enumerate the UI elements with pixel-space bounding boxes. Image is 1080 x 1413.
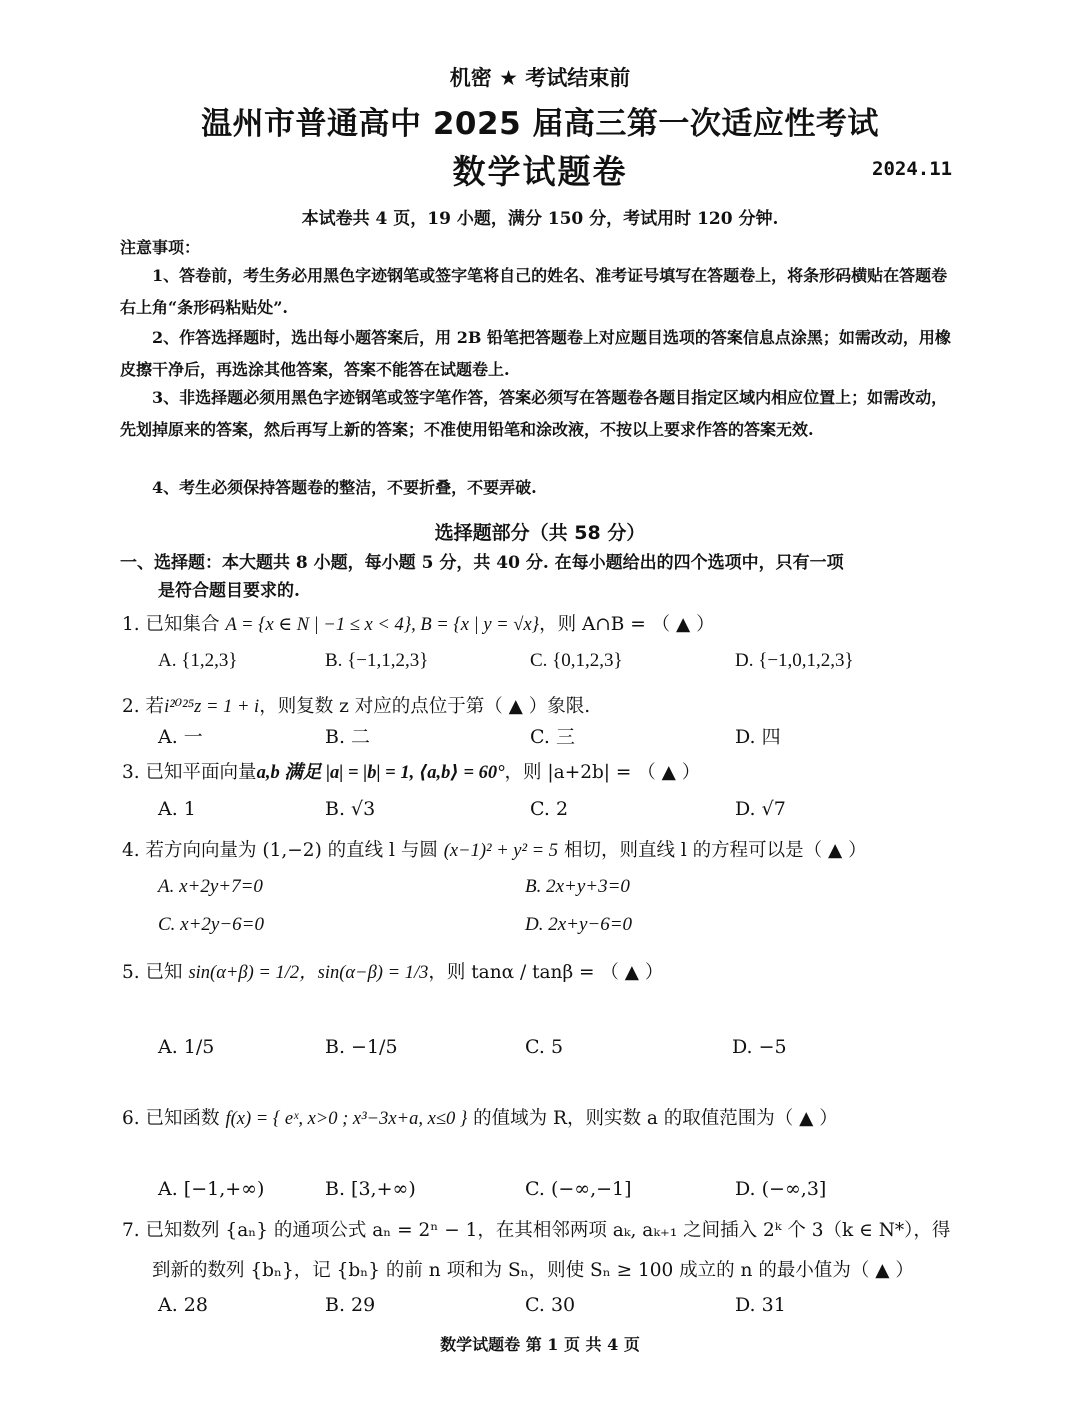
question-2: 2. 若i²⁰²⁵z = 1 + i，则复数 z 对应的点位于第（ ▲ ）象限.: [122, 692, 590, 718]
question-number: 1.: [122, 614, 140, 635]
question-stem-suffix: ，则 tanα / tanβ = （ ▲ ）: [428, 962, 663, 983]
question-stem-math: a,b 满足 |a| = |b| = 1, ⟨a,b⟩ = 60°: [257, 763, 505, 783]
q3-option-b[interactable]: B. √3: [325, 798, 375, 820]
question-6: 6. 已知函数 f(x) = { eˣ, x>0 ; x³−3x+a, x≤0 …: [122, 1104, 838, 1130]
notice-item-4: 4、考生必须保持答题卷的整洁，不要折叠，不要弄破.: [120, 472, 962, 504]
q3-option-a[interactable]: A. 1: [158, 798, 196, 820]
question-4: 4. 若方向向量为 (1,−2) 的直线 l 与圆 (x−1)² + y² = …: [122, 836, 867, 862]
section-title: 选择题部分（共 58 分）: [0, 518, 1080, 545]
exam-info: 本试卷共 4 页，19 小题，满分 150 分，考试用时 120 分钟.: [0, 204, 1080, 229]
q7-option-d[interactable]: D. 31: [735, 1294, 786, 1316]
notice-item-2: 2、作答选择题时，选出每小题答案后，用 2B 铅笔把答题卷上对应题目选项的答案信…: [120, 322, 962, 385]
notice-title: 注意事项：: [120, 235, 200, 258]
question-stem-prefix: 已知函数: [146, 1108, 220, 1129]
page-footer: 数学试题卷 第 1 页 共 4 页: [0, 1332, 1080, 1355]
part1-instructions-line1: 一、选择题：本大题共 8 小题，每小题 5 分，共 40 分. 在每小题给出的四…: [120, 548, 844, 573]
question-number: 6.: [122, 1108, 140, 1129]
exam-date: 2024.11: [872, 158, 952, 180]
q4-option-d[interactable]: D. 2x+y−6=0: [525, 914, 632, 936]
q4-option-c[interactable]: C. x+2y−6=0: [158, 914, 264, 936]
confidential-label: 机密 ★ 考试结束前: [0, 62, 1080, 92]
question-stem-suffix: ，则复数 z 对应的点位于第（ ▲ ）象限.: [259, 696, 590, 717]
q2-option-b[interactable]: B. 二: [325, 722, 370, 749]
question-stem-prefix: 已知: [146, 962, 183, 983]
question-stem-suffix: ，则 |a+2b| = （ ▲ ）: [505, 762, 701, 783]
question-number: 5.: [122, 962, 140, 983]
q5-option-a[interactable]: A. 1/5: [158, 1036, 214, 1058]
question-stem-math: A = {x ∈ N | −1 ≤ x < 4}, B = {x | y = √…: [225, 615, 539, 635]
question-stem-suffix: 的值域为 R，则实数 a 的取值范围为（ ▲ ）: [473, 1108, 838, 1129]
question-stem-line1: 已知数列 {aₙ} 的通项公式 aₙ = 2ⁿ − 1，在其相邻两项 aₖ, a…: [146, 1220, 951, 1241]
question-stem-math: i²⁰²⁵z = 1 + i: [164, 697, 259, 717]
q4-option-a[interactable]: A. x+2y+7=0: [158, 876, 263, 898]
question-stem-math: (x−1)² + y² = 5: [444, 841, 558, 861]
q5-option-d[interactable]: D. −5: [732, 1036, 787, 1058]
question-7-line2: 到新的数列 {bₙ}，记 {bₙ} 的前 n 项和为 Sₙ，则使 Sₙ ≥ 10…: [152, 1256, 914, 1282]
q6-option-a[interactable]: A. [−1,+∞): [158, 1178, 264, 1200]
question-number: 4.: [122, 840, 140, 861]
exam-title: 温州市普通高中 2025 届高三第一次适应性考试: [0, 98, 1080, 143]
q1-option-a[interactable]: A. {1,2,3}: [158, 650, 237, 672]
question-7: 7. 已知数列 {aₙ} 的通项公式 aₙ = 2ⁿ − 1，在其相邻两项 aₖ…: [122, 1216, 950, 1242]
q1-option-c[interactable]: C. {0,1,2,3}: [530, 650, 623, 672]
q7-option-a[interactable]: A. 28: [158, 1294, 208, 1316]
part1-instructions-line2: 是符合题目要求的.: [158, 576, 300, 601]
q6-option-c[interactable]: C. (−∞,−1]: [525, 1178, 632, 1200]
question-1: 1. 已知集合 A = {x ∈ N | −1 ≤ x < 4}, B = {x…: [122, 610, 715, 636]
q6-option-d[interactable]: D. (−∞,3]: [735, 1178, 826, 1200]
question-number: 7.: [122, 1220, 140, 1241]
notice-item-1: 1、答卷前，考生务必用黑色字迹钢笔或签字笔将自己的姓名、准考证号填写在答题卷上，…: [120, 260, 962, 323]
question-stem-prefix: 若: [146, 696, 165, 717]
question-stem-suffix: 相切，则直线 l 的方程可以是（ ▲ ）: [564, 840, 867, 861]
question-number: 2.: [122, 696, 140, 717]
q2-option-a[interactable]: A. 一: [158, 722, 203, 749]
question-stem-math: f(x) = { eˣ, x>0 ; x³−3x+a, x≤0 }: [225, 1109, 467, 1129]
q5-option-b[interactable]: B. −1/5: [325, 1036, 398, 1058]
q3-option-d[interactable]: D. √7: [735, 798, 786, 820]
question-stem-prefix: 若方向向量为 (1,−2) 的直线 l 与圆: [146, 840, 438, 861]
q1-option-b[interactable]: B. {−1,1,2,3}: [325, 650, 428, 672]
question-stem-suffix: ，则 A∩B = （ ▲ ）: [539, 614, 715, 635]
q4-option-b[interactable]: B. 2x+y+3=0: [525, 876, 630, 898]
notice-item-3: 3、非选择题必须用黑色字迹钢笔或签字笔作答，答案必须写在答题卷各题目指定区域内相…: [120, 382, 962, 445]
question-stem-prefix: 已知集合: [146, 614, 220, 635]
q5-option-c[interactable]: C. 5: [525, 1036, 563, 1058]
question-5: 5. 已知 sin(α+β) = 1/2，sin(α−β) = 1/3，则 ta…: [122, 958, 663, 984]
question-stem-math: sin(α+β) = 1/2，sin(α−β) = 1/3: [188, 963, 428, 983]
question-number: 3.: [122, 762, 140, 783]
q3-option-c[interactable]: C. 2: [530, 798, 568, 820]
question-stem-prefix: 已知平面向量: [146, 762, 257, 783]
question-3: 3. 已知平面向量a,b 满足 |a| = |b| = 1, ⟨a,b⟩ = 6…: [122, 758, 700, 784]
q7-option-b[interactable]: B. 29: [325, 1294, 375, 1316]
q7-option-c[interactable]: C. 30: [525, 1294, 575, 1316]
q2-option-d[interactable]: D. 四: [735, 722, 781, 749]
q1-option-d[interactable]: D. {−1,0,1,2,3}: [735, 650, 854, 672]
q2-option-c[interactable]: C. 三: [530, 722, 575, 749]
q6-option-b[interactable]: B. [3,+∞): [325, 1178, 416, 1200]
